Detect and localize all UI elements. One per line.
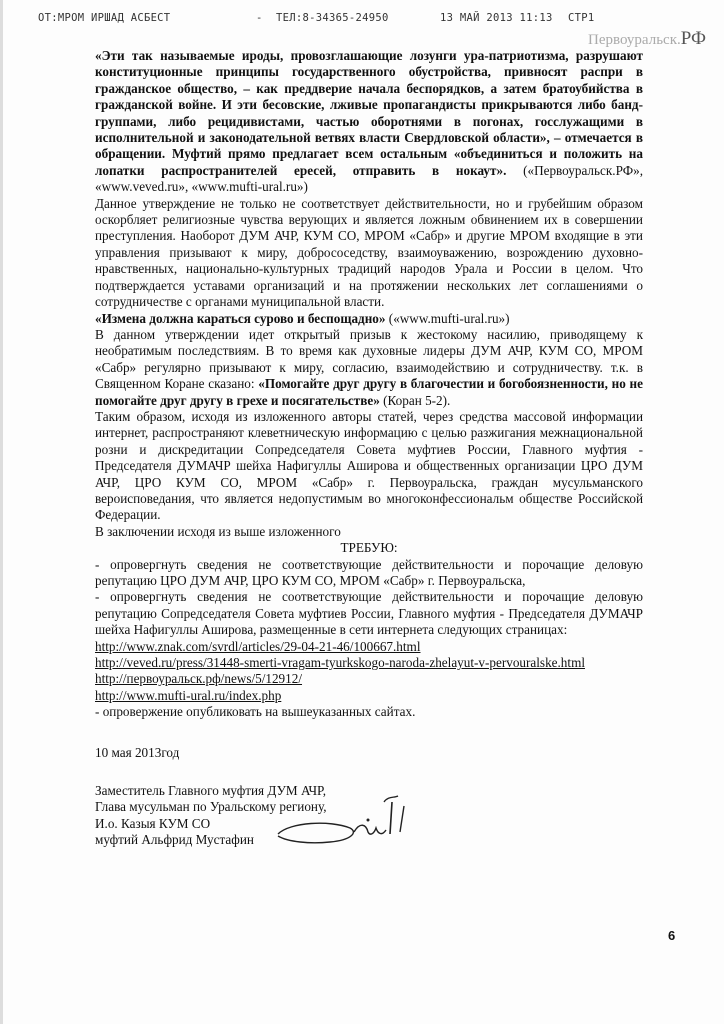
watermark: Первоуральск.РФ [588, 28, 706, 50]
link-pervouralsk[interactable]: http://первоуральск.рф/news/5/12912/ [95, 671, 643, 687]
demand-title: ТРЕБУЮ: [95, 540, 643, 556]
fax-dash: - [256, 12, 263, 24]
document-date: 10 мая 2013год [95, 745, 643, 761]
demand-2: - опровергнуть сведения не соответствующ… [95, 589, 643, 638]
paragraph-quote-2: «Измена должна караться сурово и беспоща… [95, 311, 643, 327]
paragraph-2: Данное утверждение не только не соответс… [95, 196, 643, 311]
link-mufti-ural[interactable]: http://www.mufti-ural.ru/index.php [95, 688, 643, 704]
demand-1: - опровергнуть сведения не соответствующ… [95, 557, 643, 590]
page-number: 6 [668, 928, 675, 943]
link-veved[interactable]: http://veved.ru/press/31448-smerti-vraga… [95, 655, 643, 671]
fax-from: ОТ:МРОМ ИРШАД АСБЕСТ [38, 12, 170, 24]
link-znak[interactable]: http://www.znak.com/svrdl/articles/29-04… [95, 639, 643, 655]
demand-3: - опровержение опубликовать на вышеуказа… [95, 704, 643, 720]
handwritten-signature-icon [270, 792, 420, 852]
paragraph-5: Таким образом, исходя из изложенного авт… [95, 409, 643, 524]
document-body: «Эти так называемые ироды, провозглашающ… [95, 48, 643, 849]
quote-bold-2: «Измена должна караться сурово и беспоща… [95, 311, 386, 326]
quote-source-2: («www.mufti-ural.ru») [386, 311, 510, 326]
watermark-suffix: РФ [681, 28, 706, 49]
watermark-prefix: Первоуральск. [588, 32, 681, 48]
paragraph-quote-1: «Эти так называемые ироды, провозглашающ… [95, 48, 643, 196]
paragraph-6: В заключении исходя из выше изложенного [95, 524, 643, 540]
scan-edge [0, 0, 3, 1024]
quran-ref: (Коран 5-2). [380, 393, 451, 408]
fax-datetime: 13 МАЙ 2013 11:13 [440, 12, 553, 24]
quote-bold: «Эти так называемые ироды, провозглашающ… [95, 48, 643, 178]
fax-phone: ТЕЛ:8-34365-24950 [276, 12, 389, 24]
fax-page: СТР1 [568, 12, 595, 24]
paragraph-4: В данном утверждении идет открытый призы… [95, 327, 643, 409]
fax-header: ОТ:МРОМ ИРШАД АСБЕСТ - ТЕЛ:8-34365-24950… [38, 12, 704, 28]
